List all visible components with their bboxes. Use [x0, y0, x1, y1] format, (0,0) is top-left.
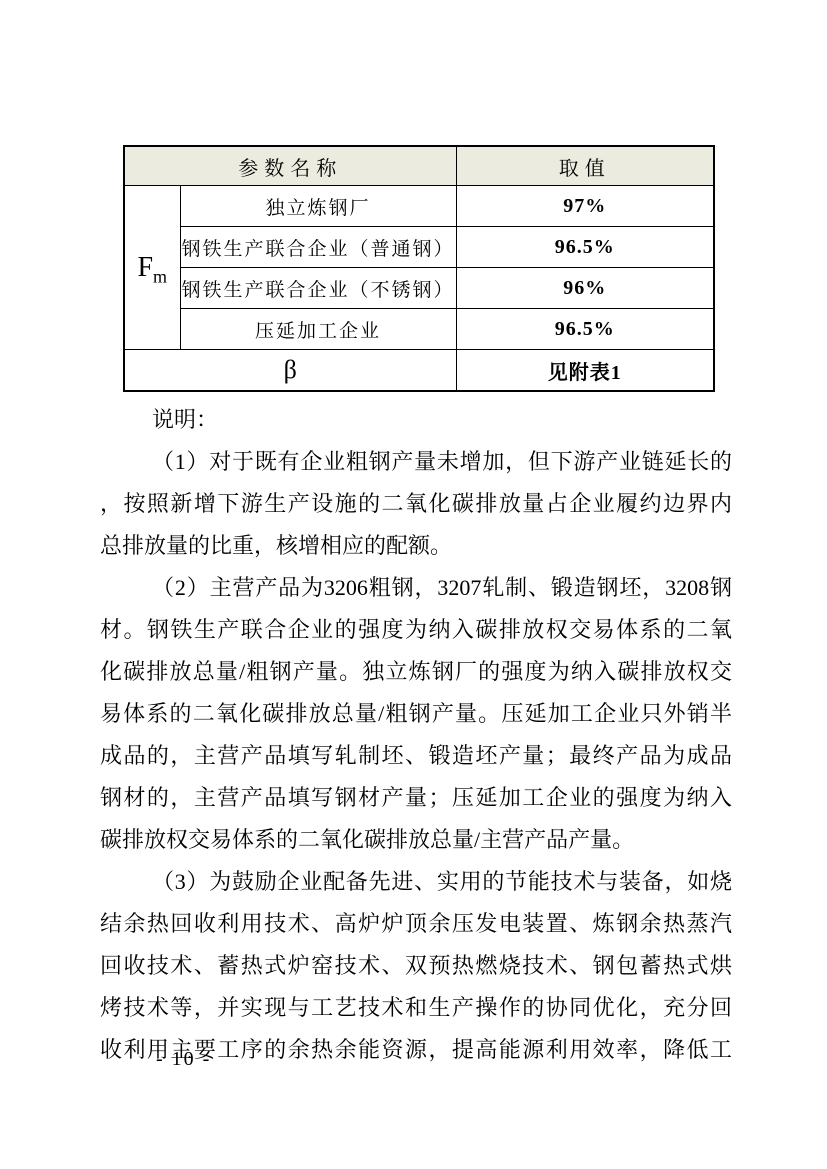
table-row: 钢铁生产联合企业（不锈钢） 96%	[124, 268, 714, 309]
paragraph-3-line: （3）为鼓励企业配备先进、实用的节能技术与装备，如烧	[100, 861, 732, 903]
document-page: 参数名称 取值 Fm 独立炼钢厂 97% 钢铁生产联合企业（普通钢） 96.5%…	[0, 0, 827, 1169]
paragraph-3-line: 烤技术等，并实现与工艺技术和生产操作的协同优化，充分回	[100, 987, 732, 1029]
row-value-rolling-processing: 96.5%	[456, 309, 714, 350]
fm-symbol-base: F	[137, 252, 153, 283]
paragraph-2-line: 化碳排放总量/粗钢产量。独立炼钢厂的强度为纳入碳排放权交	[100, 651, 732, 693]
fm-symbol-cell: Fm	[124, 186, 180, 350]
row-value-independent-steel-plant: 97%	[456, 186, 714, 227]
paragraph-2-line: （2）主营产品为3206粗钢，3207轧制、锻造钢坯，3208钢	[100, 567, 732, 609]
table-row: 压延加工企业 96.5%	[124, 309, 714, 350]
table-row: 钢铁生产联合企业（普通钢） 96.5%	[124, 227, 714, 268]
paragraph-2-line: 材。钢铁生产联合企业的强度为纳入碳排放权交易体系的二氧	[100, 609, 732, 651]
paragraph-1-line: （1）对于既有企业粗钢产量未增加，但下游产业链延长的	[100, 441, 732, 483]
parameter-table: 参数名称 取值 Fm 独立炼钢厂 97% 钢铁生产联合企业（普通钢） 96.5%…	[123, 145, 715, 392]
table-row: Fm 独立炼钢厂 97%	[124, 186, 714, 227]
paragraph-2-line: 钢材的，主营产品填写钢材产量；压延加工企业的强度为纳入	[100, 777, 732, 819]
column-header-value: 取值	[456, 146, 714, 186]
row-value-integrated-ordinary-steel: 96.5%	[456, 227, 714, 268]
column-header-param-name: 参数名称	[124, 146, 456, 186]
row-label-independent-steel-plant: 独立炼钢厂	[180, 186, 456, 227]
row-label-integrated-ordinary-steel: 钢铁生产联合企业（普通钢）	[180, 227, 456, 268]
fm-symbol-subscript: m	[153, 266, 167, 286]
row-value-integrated-stainless-steel: 96%	[456, 268, 714, 309]
body-text: 说明： （1）对于既有企业粗钢产量未增加，但下游产业链延长的 ，按照新增下游生产…	[100, 399, 732, 1071]
row-label-rolling-processing: 压延加工企业	[180, 309, 456, 350]
paragraph-2-line: 成品的，主营产品填写轧制坯、锻造坯产量；最终产品为成品	[100, 735, 732, 777]
row-label-integrated-stainless-steel: 钢铁生产联合企业（不锈钢）	[180, 268, 456, 309]
note-heading: 说明：	[100, 399, 732, 441]
paragraph-1-line: 总排放量的比重，核增相应的配额。	[100, 525, 732, 567]
paragraph-2-line: 易体系的二氧化碳排放总量/粗钢产量。压延加工企业只外销半	[100, 693, 732, 735]
paragraph-3-line: 回收技术、蓄热式炉窑技术、双预热燃烧技术、钢包蓄热式烘	[100, 945, 732, 987]
paragraph-2-line: 碳排放权交易体系的二氧化碳排放总量/主营产品产量。	[100, 819, 732, 861]
table-row: β 见附表1	[124, 350, 714, 392]
beta-symbol-cell: β	[124, 350, 456, 392]
paragraph-1-line: ，按照新增下游生产设施的二氧化碳排放量占企业履约边界内	[100, 483, 732, 525]
page-number: - 10 -	[156, 1048, 211, 1071]
paragraph-3-line: 结余热回收利用技术、高炉炉顶余压发电装置、炼钢余热蒸汽	[100, 903, 732, 945]
table-header-row: 参数名称 取值	[124, 146, 714, 186]
beta-row-value: 见附表1	[456, 350, 714, 392]
